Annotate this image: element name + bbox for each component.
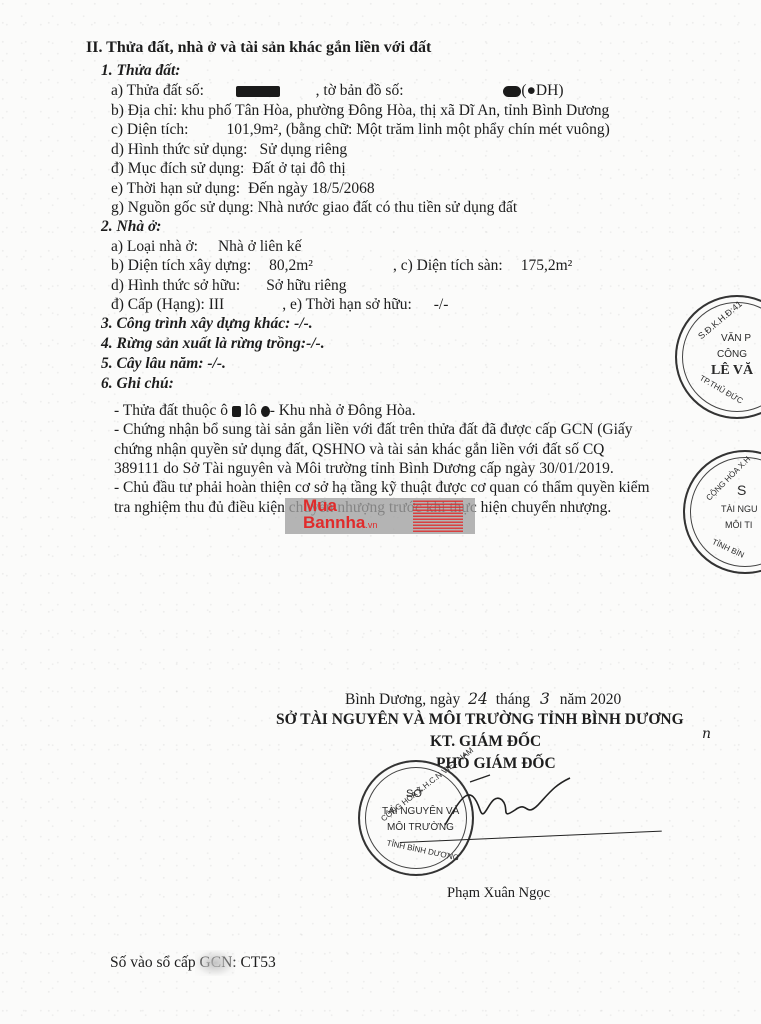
note-certificate-line-1: - Chứng nhận bổ sung tài sản gắn liền vớ… — [114, 421, 633, 439]
notes-heading: 6. Ghi chú: — [101, 375, 174, 393]
section-title: II. Thửa đất, nhà ở và tài sản khác gắn … — [86, 39, 431, 57]
muabannha-watermark: Mua Bannha.vn — [285, 498, 475, 534]
note-certificate-line-2: chứng nhận quyền sử dụng đất, QSHNO và t… — [114, 441, 604, 459]
land-usage-purpose: đ) Mục đích sử dụng:Đất ở tại đô thị — [111, 160, 346, 178]
redacted-map-number — [503, 86, 521, 97]
house-grade: đ) Cấp (Hạng): III, e) Thời hạn sở hữu:-… — [111, 296, 448, 314]
land-usage-term: e) Thời hạn sử dụng:Đến ngày 18/5/2068 — [111, 180, 375, 198]
land-address: b) Địa chỉ: khu phố Tân Hòa, phường Đông… — [111, 102, 609, 120]
signature-scribble — [440, 770, 580, 840]
redacted-block — [232, 406, 241, 417]
production-forest: 4. Rừng sản xuất là rừng trồng:-/-. — [101, 335, 325, 353]
land-heading: 1. Thửa đất: — [101, 62, 180, 80]
place-date: Bình Dương, ngày 24 tháng 3 năm 2020 — [345, 690, 621, 709]
redacted-lot — [261, 406, 270, 417]
note-investor-line-1: - Chủ đầu tư phải hoàn thiện cơ sở hạ tầ… — [114, 479, 650, 497]
redacted-parcel-number — [236, 86, 280, 97]
notary-stamp: S.Đ.K.H.Đ:41 VĂN P CÔNG LÊ VĂ TP.THỦ ĐỨC — [675, 295, 761, 419]
department-stamp-side: CỘNG HÒA X.H S TÀI NGU MÔI TI TỈNH BÌN — [683, 450, 761, 574]
land-origin: g) Nguồn gốc sử dụng: Nhà nước giao đất … — [111, 199, 517, 217]
registry-number: Số vào sổ cấp GCN: CT53 — [110, 954, 276, 972]
land-parcel-number: a) Thửa đất số: , tờ bản đồ số: (●DH) — [111, 82, 563, 100]
role-director: KT. GIÁM ĐỐC — [430, 733, 541, 751]
handwritten-mark: n — [702, 726, 711, 742]
perennial-trees: 5. Cây lâu năm: -/-. — [101, 355, 226, 373]
land-usage-form: d) Hình thức sử dụng:Sử dụng riêng — [111, 141, 347, 159]
house-building-area: b) Diện tích xây dựng:80,2m², c) Diện tí… — [111, 257, 572, 275]
watermark-logo-text: Mua Bannha.vn — [303, 497, 377, 534]
note-lot: - Thửa đất thuộc ô lô - Khu nhà ở Đông H… — [114, 402, 416, 420]
house-ownership-form: d) Hình thức sở hữu:Sở hữu riêng — [111, 277, 347, 295]
note-certificate-line-3: 389111 do Sở Tài nguyên và Môi trường tỉ… — [114, 460, 614, 478]
house-heading: 2. Nhà ở: — [101, 218, 161, 236]
other-constructions: 3. Công trình xây dựng khác: -/-. — [101, 315, 313, 333]
blurred-registry-digits — [195, 950, 235, 976]
issuing-organization: SỞ TÀI NGUYÊN VÀ MÔI TRƯỜNG TỈNH BÌNH DƯ… — [276, 711, 684, 729]
building-icon — [413, 500, 463, 532]
house-type: a) Loại nhà ở:Nhà ở liên kế — [111, 238, 301, 256]
signer-name: Phạm Xuân Ngọc — [447, 884, 550, 902]
land-area: c) Diện tích:101,9m², (bằng chữ: Một tră… — [111, 121, 610, 139]
